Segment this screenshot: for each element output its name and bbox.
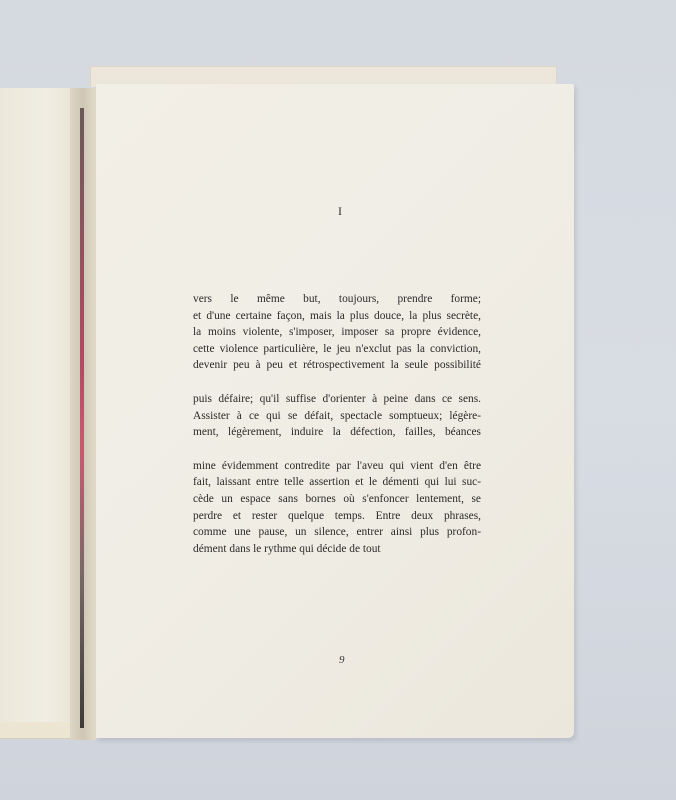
left-page-edge [0,722,78,739]
body-text: vers le même but, toujours, prendre form… [193,291,481,574]
text-line: cette violence particulière, le jeu n'ex… [193,341,481,358]
text-line: et d'une certaine façon, mais la plus do… [193,308,481,325]
text-line: cède un espace sans bornes où s'enfoncer… [193,491,481,508]
paragraph-2: puis défaire; qu'il suffise d'orienter à… [193,391,481,441]
text-line: mine évidemment contredite par l'aveu qu… [193,458,481,475]
text-line: puis défaire; qu'il suffise d'orienter à… [193,391,481,408]
page-number: 9 [339,654,345,666]
text-line: perdre et rester quelque temps. Entre de… [193,508,481,525]
text-line: fait, laissant entre telle assertion et … [193,474,481,491]
left-page [0,88,81,726]
spine-strip [80,108,84,728]
text-line: devenir peu à peu et rétrospectivement l… [193,357,481,374]
text-line: ment, légèrement, induire la défection, … [193,424,481,441]
paragraph-1: vers le même but, toujours, prendre form… [193,291,481,374]
right-page: I vers le même but, toujours, prendre fo… [96,84,574,738]
chapter-number: I [338,204,342,219]
text-line: comme une pause, un silence, entrer ains… [193,524,481,541]
text-line: dément dans le rythme qui décide de tout [193,541,481,558]
text-line: vers le même but, toujours, prendre form… [193,291,481,308]
text-line: la moins violente, s'imposer, imposer sa… [193,324,481,341]
paragraph-3: mine évidemment contredite par l'aveu qu… [193,458,481,558]
text-line: Assister à ce qui se défait, spectacle s… [193,408,481,425]
